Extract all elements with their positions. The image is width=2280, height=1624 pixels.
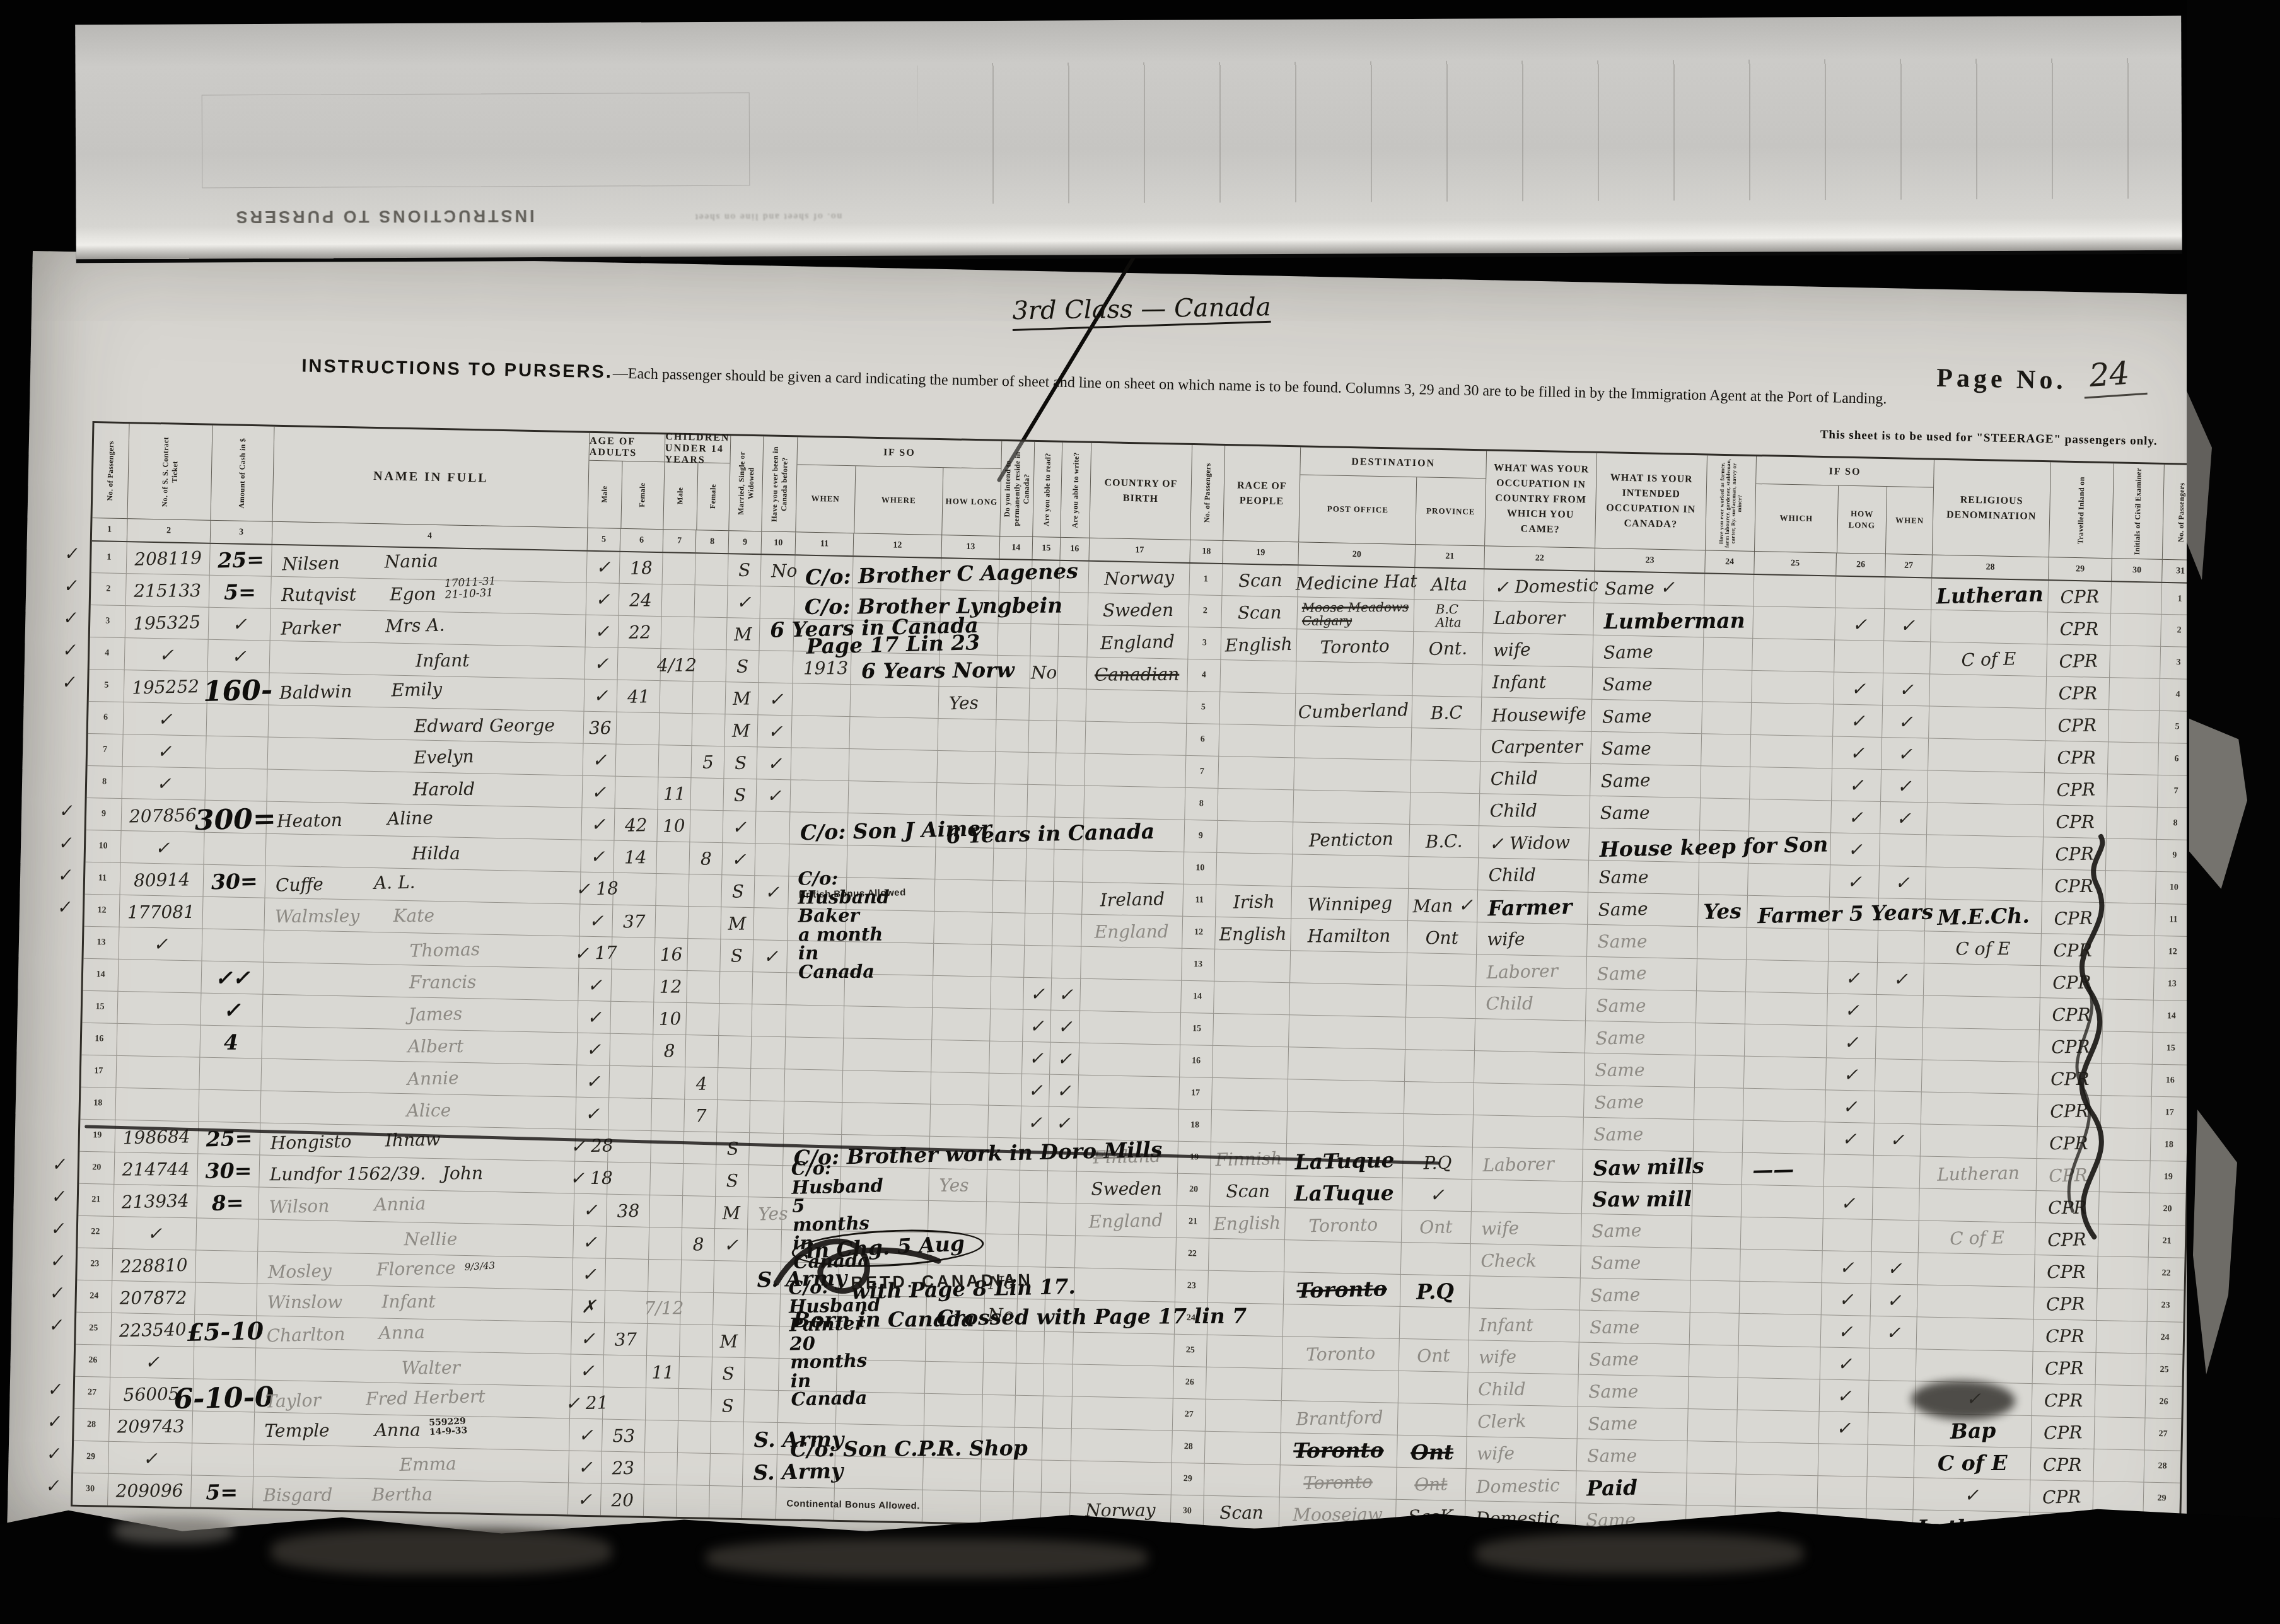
name-annotation: 17011-31 21-10-31	[445, 576, 497, 601]
cell-r16	[1041, 1460, 1071, 1492]
cell-tk: ✓	[112, 1217, 196, 1250]
cell-race: Irish	[1215, 885, 1291, 918]
cell-c24: Yes	[1697, 895, 1747, 927]
cell-race	[1204, 1432, 1281, 1464]
cell-race: Scan	[1221, 564, 1298, 596]
cell-cb	[755, 811, 789, 844]
cell-inl: CPR	[2046, 644, 2110, 677]
cell-name: Albert	[261, 1027, 577, 1065]
group-title: IF SO	[797, 437, 1001, 468]
cell-c26: ✓	[1832, 736, 1882, 769]
cell-cash	[201, 929, 264, 962]
cell-no3: 14	[2153, 1000, 2190, 1033]
cell-r15	[1027, 753, 1056, 785]
cell-w13	[930, 1072, 989, 1105]
cell-rel: C of E	[1929, 642, 2047, 676]
cell-cty	[1085, 690, 1187, 723]
cell-c27: ✓	[1878, 866, 1926, 898]
cell-o23: Lumberman	[1593, 603, 1704, 637]
cell-a6	[608, 1098, 651, 1130]
cell-w25	[1735, 1475, 1818, 1508]
cell-cty: Sweden	[1087, 593, 1189, 627]
cell-st: S	[716, 1132, 749, 1164]
cell-cty: England	[1081, 915, 1182, 948]
cell-c24	[1697, 927, 1747, 960]
cell-rel: Lutheran	[1919, 1156, 2037, 1190]
cell-c26	[1823, 1154, 1873, 1187]
cell-w13	[937, 719, 996, 751]
cell-r14	[980, 1459, 1014, 1492]
cell-tk: 208119	[126, 542, 210, 575]
cell-no1: 22	[78, 1216, 113, 1248]
cell-c27	[1872, 1188, 1919, 1220]
cell-cash	[192, 1411, 254, 1444]
cell-w25	[1739, 1282, 1822, 1315]
cell-race	[1213, 982, 1289, 1014]
cell-c24	[1700, 766, 1750, 799]
cell-w11: C/o: Husband Painter 20 months in Canada	[779, 1326, 837, 1359]
cell-no2: 1	[1189, 564, 1222, 595]
cell-no3: 18	[2150, 1129, 2187, 1161]
cell-no1: 30	[73, 1473, 108, 1505]
column-group-children-under-14-years: CHILDREN UNDER 14 YEARSMaleFemale	[663, 434, 730, 530]
cell-r14	[989, 1009, 1023, 1041]
manifest-rows: 120811925=Nilsen Nania✓18SNoC/o: Brother…	[73, 540, 2198, 1547]
margin-tick	[39, 1115, 79, 1151]
cell-cty	[1077, 1108, 1178, 1141]
cell-c26	[1835, 576, 1885, 608]
cell-inl: CPR	[2029, 1480, 2093, 1513]
cell-r14	[996, 688, 1029, 720]
cell-name: Alice	[260, 1091, 576, 1129]
col-header-4: NAME IN FULL	[272, 427, 589, 528]
cell-a6	[617, 648, 661, 680]
cell-st: M	[714, 1197, 748, 1229]
cell-r14	[995, 720, 1028, 752]
cell-o23: Same	[1578, 1343, 1689, 1377]
cell-po: Penticton	[1292, 822, 1409, 856]
cell-a7: 12	[653, 970, 687, 1002]
cell-w13	[934, 879, 992, 912]
cell-race	[1216, 821, 1293, 854]
cell-a7	[648, 1260, 681, 1292]
cell-c27	[1868, 1413, 1915, 1445]
cell-o23: House keep for Son	[1588, 828, 1699, 862]
paper-remnant	[113, 1518, 233, 1543]
cell-a8	[676, 1485, 709, 1517]
cell-no1: 20	[79, 1152, 114, 1184]
cell-no1: 21	[78, 1184, 113, 1216]
cell-race	[1212, 1046, 1288, 1079]
cell-o23: Same ✓	[1593, 572, 1704, 605]
cell-c24	[1694, 1087, 1743, 1120]
cell-cty	[1080, 947, 1182, 980]
cell-c27	[1867, 1445, 1914, 1477]
cell-o23: Same	[1579, 1311, 1690, 1345]
cell-r15	[1027, 785, 1055, 817]
cell-pr: P.Q	[1400, 1275, 1470, 1308]
cell-pr: B.C Alta	[1413, 600, 1483, 632]
cell-name: Rutqvist Egon17011-31 21-10-31	[270, 577, 586, 615]
cell-a7	[645, 1388, 678, 1420]
cell-c26	[1817, 1476, 1867, 1509]
cell-name: Emma	[253, 1444, 569, 1482]
cell-a8: 5	[690, 746, 724, 778]
cell-w25	[1748, 799, 1831, 833]
cell-c26: ✓	[1832, 704, 1882, 737]
steerage-note: This sheet is to be used for "STEERAGE" …	[1820, 428, 2158, 449]
cell-cash: ✓	[207, 640, 270, 673]
margin-tick: ✓	[32, 1469, 73, 1504]
cell-tk	[116, 1024, 200, 1057]
cell-cty	[1072, 1364, 1173, 1398]
cell-no2: 20	[1177, 1174, 1210, 1206]
name-annotation: 559229 14-9-33	[429, 1417, 468, 1437]
margin-tick: ✓	[38, 1180, 78, 1215]
col-number-2: 2	[127, 519, 211, 543]
cell-w25	[1736, 1410, 1819, 1444]
cell-o22	[1473, 1083, 1584, 1117]
col-number-9: 9	[728, 531, 762, 554]
cell-name: Baldwin Emily	[269, 673, 585, 711]
cell-r16	[1052, 914, 1081, 946]
cell-c26: ✓	[1825, 1090, 1875, 1123]
cell-a5: ✓	[571, 1322, 604, 1354]
cell-pr	[1398, 1371, 1468, 1404]
cell-r16	[1051, 946, 1081, 978]
cell-c27	[1868, 1381, 1916, 1413]
cell-a6	[607, 1163, 650, 1195]
cell-o23: Same	[1579, 1279, 1690, 1313]
col-number-12: 12	[853, 533, 942, 557]
cell-name: Infant	[269, 641, 585, 679]
cell-o22: Check	[1470, 1244, 1581, 1278]
cell-rel: C of E	[1914, 1446, 2031, 1480]
cell-no3: 19	[2149, 1161, 2187, 1193]
cell-cb: ✓	[757, 715, 791, 747]
cell-a7	[644, 1420, 678, 1453]
cell-c27: ✓	[1880, 802, 1927, 834]
cell-a6	[610, 1002, 653, 1034]
cell-r14	[994, 784, 1027, 816]
cell-w11	[789, 780, 848, 813]
col-number-25: 25	[1754, 552, 1836, 576]
cell-tk	[117, 960, 201, 993]
cell-po	[1289, 983, 1406, 1017]
cell-no1: 18	[80, 1087, 115, 1120]
cell-po: Cumberland	[1294, 693, 1412, 728]
cell-ex	[2108, 710, 2159, 743]
cell-a8: 7	[683, 1099, 717, 1132]
cell-a7: 16	[654, 938, 687, 970]
cell-c24	[1696, 959, 1746, 992]
cell-c26: ✓	[1826, 1026, 1876, 1058]
cell-c24	[1689, 1345, 1738, 1377]
cell-cty	[1079, 979, 1181, 1012]
cell-o22	[1472, 1115, 1583, 1149]
col-number-21: 21	[1414, 545, 1484, 568]
cell-a8	[694, 617, 727, 649]
ink-blot	[1475, 1533, 1803, 1574]
cell-c26: ✓	[1830, 801, 1880, 833]
cell-a5: ✓	[569, 1418, 602, 1451]
cell-w12	[847, 781, 936, 815]
cell-r15: ✓	[1020, 1106, 1049, 1139]
cell-no2: 5	[1186, 692, 1219, 724]
cell-cb	[754, 844, 789, 876]
cell-a7	[661, 584, 695, 617]
cell-w12	[849, 717, 938, 750]
cell-o23: Same	[1587, 893, 1698, 927]
cell-r14	[986, 1202, 1019, 1234]
cell-cb	[750, 1069, 784, 1101]
cell-no2: 17	[1178, 1077, 1212, 1110]
margin-tick: ✓	[48, 665, 88, 700]
group-title: DESTINATION	[1300, 447, 1486, 478]
cell-r14	[991, 913, 1025, 945]
margin-tick	[41, 1019, 81, 1054]
cell-c27	[1866, 1477, 1914, 1509]
cell-w12	[842, 1038, 931, 1072]
manifest-grid: No. of PassengersNo. of S. S. Contract T…	[71, 421, 2202, 1549]
cell-cash	[194, 1282, 257, 1315]
cell-c24	[1701, 734, 1750, 767]
cell-r14	[994, 752, 1028, 784]
cell-a6	[615, 712, 659, 745]
cell-race	[1206, 1367, 1282, 1400]
torn-paper-bit	[2193, 1110, 2237, 1374]
instructions-title: INSTRUCTIONS TO PURSERS.	[301, 356, 613, 383]
cell-a8	[677, 1453, 710, 1485]
cell-o23: Same	[1578, 1375, 1689, 1409]
cell-name: Heaton Aline	[266, 802, 582, 840]
flipped-small-text: no. of sheet and line on sheet	[694, 211, 842, 222]
cell-cty	[1079, 1011, 1180, 1045]
margin-tick	[42, 954, 83, 990]
cell-a8	[692, 681, 725, 714]
cell-a7	[662, 553, 695, 584]
cell-cty: Norway	[1088, 562, 1189, 594]
col-number-11: 11	[795, 532, 854, 555]
cell-name: Thomas	[263, 931, 579, 968]
cell-c24	[1687, 1409, 1737, 1442]
cell-ex	[2092, 1482, 2143, 1514]
instructions-text: —Each passenger should be given a card i…	[613, 366, 1887, 408]
cell-st: ✓	[721, 843, 755, 875]
cell-r14	[982, 1363, 1016, 1395]
cell-race	[1204, 1464, 1280, 1497]
cell-a6	[611, 937, 654, 970]
cell-no2: 27	[1172, 1399, 1206, 1431]
margin-tick: ✓	[33, 1437, 73, 1472]
cell-name: Nilsen Nania	[271, 545, 587, 583]
col-number-24: 24	[1704, 550, 1754, 574]
cell-name: Winslow Infant	[256, 1284, 572, 1321]
cell-c27: ✓	[1870, 1316, 1917, 1348]
cell-cash	[195, 1219, 258, 1251]
cell-pr	[1410, 728, 1480, 761]
cell-no3: 13	[2153, 968, 2190, 1000]
cell-ex	[2107, 774, 2158, 807]
name-annotation: 9/3/43	[464, 1261, 495, 1272]
cell-c27	[1875, 1027, 1922, 1059]
cell-o23: Same	[1591, 700, 1702, 734]
cell-r16	[1045, 1236, 1075, 1268]
cell-cb	[742, 1487, 776, 1519]
cell-r16	[1052, 882, 1082, 914]
cell-cty	[1078, 1076, 1179, 1109]
cell-tk: 223540	[110, 1313, 194, 1347]
col-number-23: 23	[1594, 548, 1705, 573]
col-number-7: 7	[663, 530, 696, 552]
cell-a6	[609, 1034, 653, 1066]
col-number-29: 29	[2048, 557, 2112, 581]
cell-w12	[849, 685, 938, 718]
clerk-signature	[769, 1223, 953, 1309]
cell-a6: 22	[618, 616, 661, 648]
cell-w12: 6 Years Norw	[850, 652, 939, 686]
cell-o23: Same	[1591, 668, 1702, 702]
cell-c26	[1834, 640, 1883, 673]
cell-c27: ✓	[1876, 963, 1924, 995]
cell-c26: ✓	[1830, 833, 1880, 866]
cell-cty	[1073, 1332, 1174, 1366]
cell-c26: ✓	[1827, 994, 1876, 1026]
cell-no1: 2	[91, 573, 126, 605]
cell-a8	[693, 649, 726, 681]
col-header-8: Female	[696, 463, 730, 530]
cell-w25	[1744, 1024, 1827, 1058]
cell-rel: C of E	[1924, 931, 2041, 965]
cell-name: Lundfor 1562/39. John	[259, 1155, 574, 1193]
cell-po	[1282, 1304, 1400, 1338]
cell-st	[712, 1293, 746, 1325]
cell-tk: 207856	[121, 799, 205, 832]
cell-a5: ✓ 18	[579, 873, 613, 905]
col-header-25: WHICH	[1755, 484, 1838, 553]
cell-a8	[683, 1132, 716, 1164]
cell-cty	[1074, 1236, 1176, 1269]
cell-a7	[655, 874, 689, 906]
cell-name: Charlton Anna	[255, 1316, 571, 1354]
cell-po: Toronto	[1284, 1208, 1402, 1242]
cell-c26: ✓	[1820, 1315, 1870, 1348]
cell-a6	[604, 1291, 648, 1323]
cell-no1: 17	[81, 1055, 116, 1087]
cell-w25	[1736, 1442, 1818, 1476]
cell-a5: ✓	[567, 1483, 601, 1515]
cell-a5: ✓	[576, 1033, 610, 1065]
cell-inl: CPR	[2045, 709, 2108, 741]
cell-c27	[1875, 1059, 1922, 1091]
cell-pr	[1403, 1114, 1473, 1147]
cell-no2: 22	[1175, 1238, 1209, 1270]
cell-no2: 15	[1180, 1013, 1213, 1045]
col-header-26: HOW LONG	[1837, 486, 1887, 554]
cell-o23: Same	[1581, 1214, 1692, 1248]
cell-pr: ✓	[1402, 1178, 1472, 1211]
cell-no2: 18	[1178, 1110, 1211, 1142]
cell-cb: ✓	[757, 683, 792, 715]
cell-cash: 30=	[203, 865, 265, 898]
cell-r14	[982, 1395, 1015, 1427]
cell-w13	[931, 1008, 990, 1041]
cell-w11	[784, 1069, 842, 1102]
cell-no3: 24	[2146, 1322, 2184, 1354]
cell-r16: ✓	[1050, 1011, 1079, 1043]
col-header-11: WHEN	[796, 465, 855, 533]
cell-no1: 16	[81, 1023, 117, 1055]
cell-name: Parker Mrs A.	[270, 609, 586, 647]
cell-r15	[1018, 1203, 1047, 1235]
cell-a6: 24	[619, 584, 662, 616]
cell-inl: CPR	[2032, 1384, 2095, 1417]
cell-race	[1206, 1335, 1282, 1368]
cell-no2: 25	[1173, 1335, 1207, 1367]
cell-a8	[677, 1421, 711, 1453]
cell-o23: Same	[1584, 1053, 1695, 1087]
cell-w11	[791, 683, 850, 716]
cell-name: Nellie	[257, 1219, 573, 1257]
col-header-23: WHAT IS YOUR INTENDED OCCUPATION IN CANA…	[1595, 453, 1707, 550]
cell-r16	[1042, 1429, 1071, 1461]
cell-rel	[1928, 738, 2045, 772]
cell-cash	[206, 736, 268, 769]
cell-race	[1208, 1239, 1284, 1272]
cell-cash: 6-10-0	[192, 1379, 255, 1412]
col-header-19: RACE OF PEOPLE	[1223, 446, 1300, 542]
cell-race	[1217, 789, 1293, 821]
col-number-30: 30	[2111, 559, 2162, 582]
cell-no3: 12	[2154, 936, 2191, 968]
cell-st	[713, 1261, 747, 1293]
cell-ex	[2097, 1289, 2148, 1321]
cell-r15	[1028, 688, 1057, 721]
cell-rel	[1916, 1349, 2033, 1383]
cell-cb	[760, 586, 794, 618]
cell-ex	[2095, 1385, 2146, 1418]
cell-a8	[691, 714, 724, 746]
cell-st	[716, 1100, 750, 1132]
col-header-30: Initials of Civil Examiner	[2112, 463, 2164, 559]
cell-a8	[690, 778, 723, 810]
class-annotation: 3rd Class — Canada	[1012, 293, 1271, 328]
cell-a5: ✓	[581, 776, 615, 808]
cell-a5: ✓	[582, 744, 615, 776]
cell-w25	[1747, 864, 1830, 897]
cell-r15	[1016, 1331, 1044, 1364]
cell-race: English	[1220, 628, 1296, 661]
torn-paper-bit	[2189, 719, 2247, 889]
cell-w25	[1740, 1217, 1823, 1251]
cell-o23: Same	[1586, 957, 1697, 991]
cell-w25	[1742, 1121, 1825, 1154]
cell-cty: Sweden	[1076, 1172, 1177, 1205]
cell-cty	[1082, 850, 1184, 884]
cell-pr	[1405, 985, 1475, 1018]
flipped-instructions-text: INSTRUCTIONS TO PURSERS	[233, 206, 534, 226]
cell-a7	[651, 1067, 685, 1099]
cell-inl: CPR	[2044, 773, 2107, 806]
cell-r15	[1015, 1364, 1044, 1396]
cell-r14	[992, 849, 1026, 881]
cell-st: M	[720, 907, 753, 939]
cell-a6	[610, 970, 654, 1002]
cell-a8	[680, 1260, 714, 1292]
cell-ex	[2109, 646, 2160, 678]
cell-w12	[843, 1006, 932, 1040]
col-number-10: 10	[761, 531, 796, 554]
